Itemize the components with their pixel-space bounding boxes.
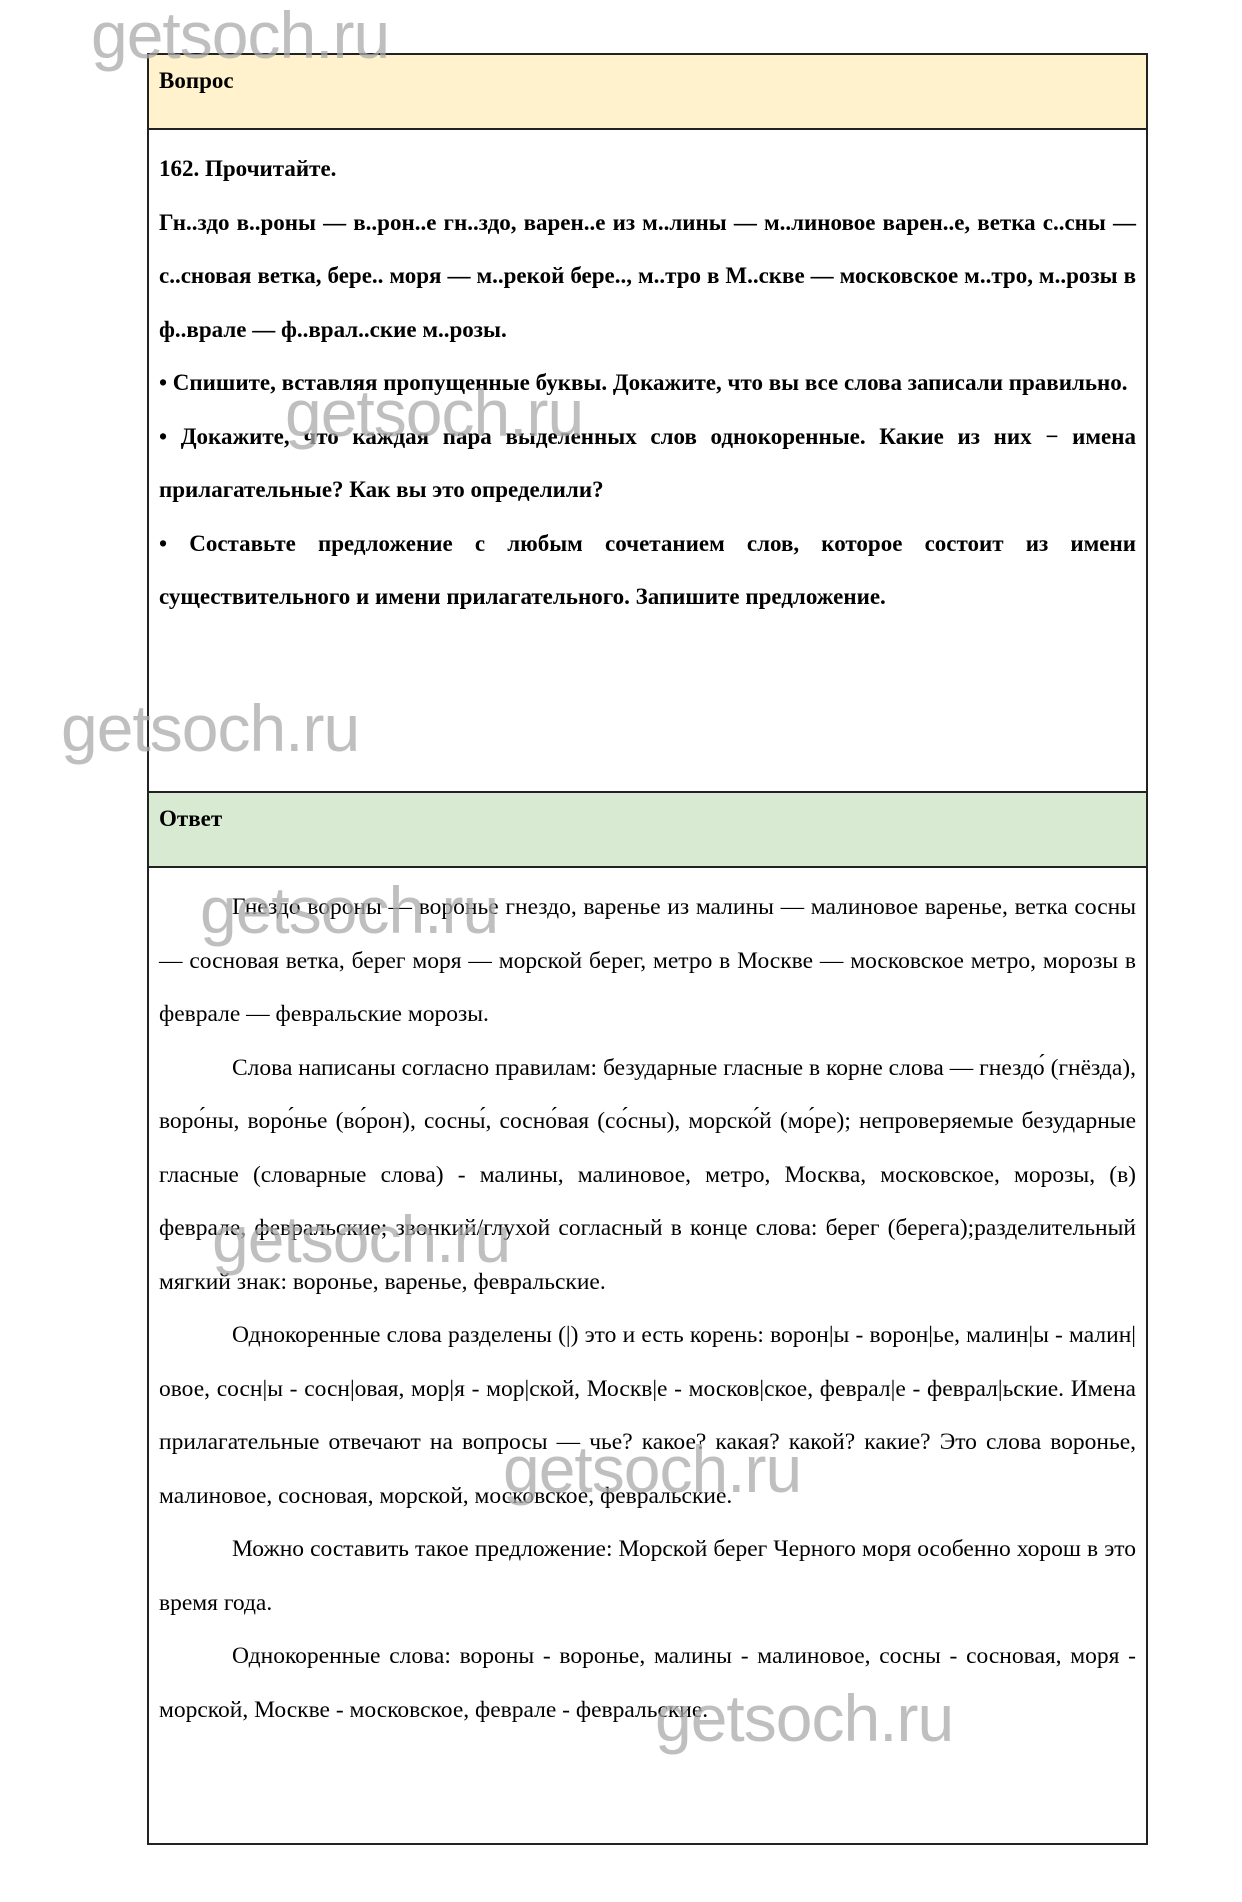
question-header: Вопрос xyxy=(149,55,1146,130)
answer-paragraph: Гнездо вороны — воронье гнездо, варенье … xyxy=(159,881,1136,1042)
answer-paragraph: Можно составить такое предложение: Морск… xyxy=(159,1523,1136,1630)
question-task-2: • Докажите, что каждая пара выделенных с… xyxy=(159,410,1136,517)
qa-table: Вопрос 162. Прочитайте. Гн..здо в..роны … xyxy=(147,53,1148,1845)
answer-paragraph: Однокоренные слова: вороны - воронье, ма… xyxy=(159,1630,1136,1737)
answer-paragraph: Слова написаны согласно правилам: безуда… xyxy=(159,1042,1136,1310)
answer-header-label: Ответ xyxy=(159,806,222,831)
question-task-1: • Спишите, вставляя пропущенные буквы. Д… xyxy=(159,356,1136,410)
question-body: 162. Прочитайте. Гн..здо в..роны — в..ро… xyxy=(149,130,1146,793)
question-task-3: • Составьте предложение с любым сочетани… xyxy=(159,517,1136,624)
question-header-label: Вопрос xyxy=(159,68,234,93)
question-exercise-text: Гн..здо в..роны — в..рон..е гн..здо, вар… xyxy=(159,196,1136,357)
answer-paragraph: Однокоренные слова разделены (|) это и е… xyxy=(159,1309,1136,1523)
answer-header: Ответ xyxy=(149,793,1146,868)
question-title: 162. Прочитайте. xyxy=(159,142,1136,196)
answer-body: Гнездо вороны — воронье гнездо, варенье … xyxy=(149,868,1146,1843)
